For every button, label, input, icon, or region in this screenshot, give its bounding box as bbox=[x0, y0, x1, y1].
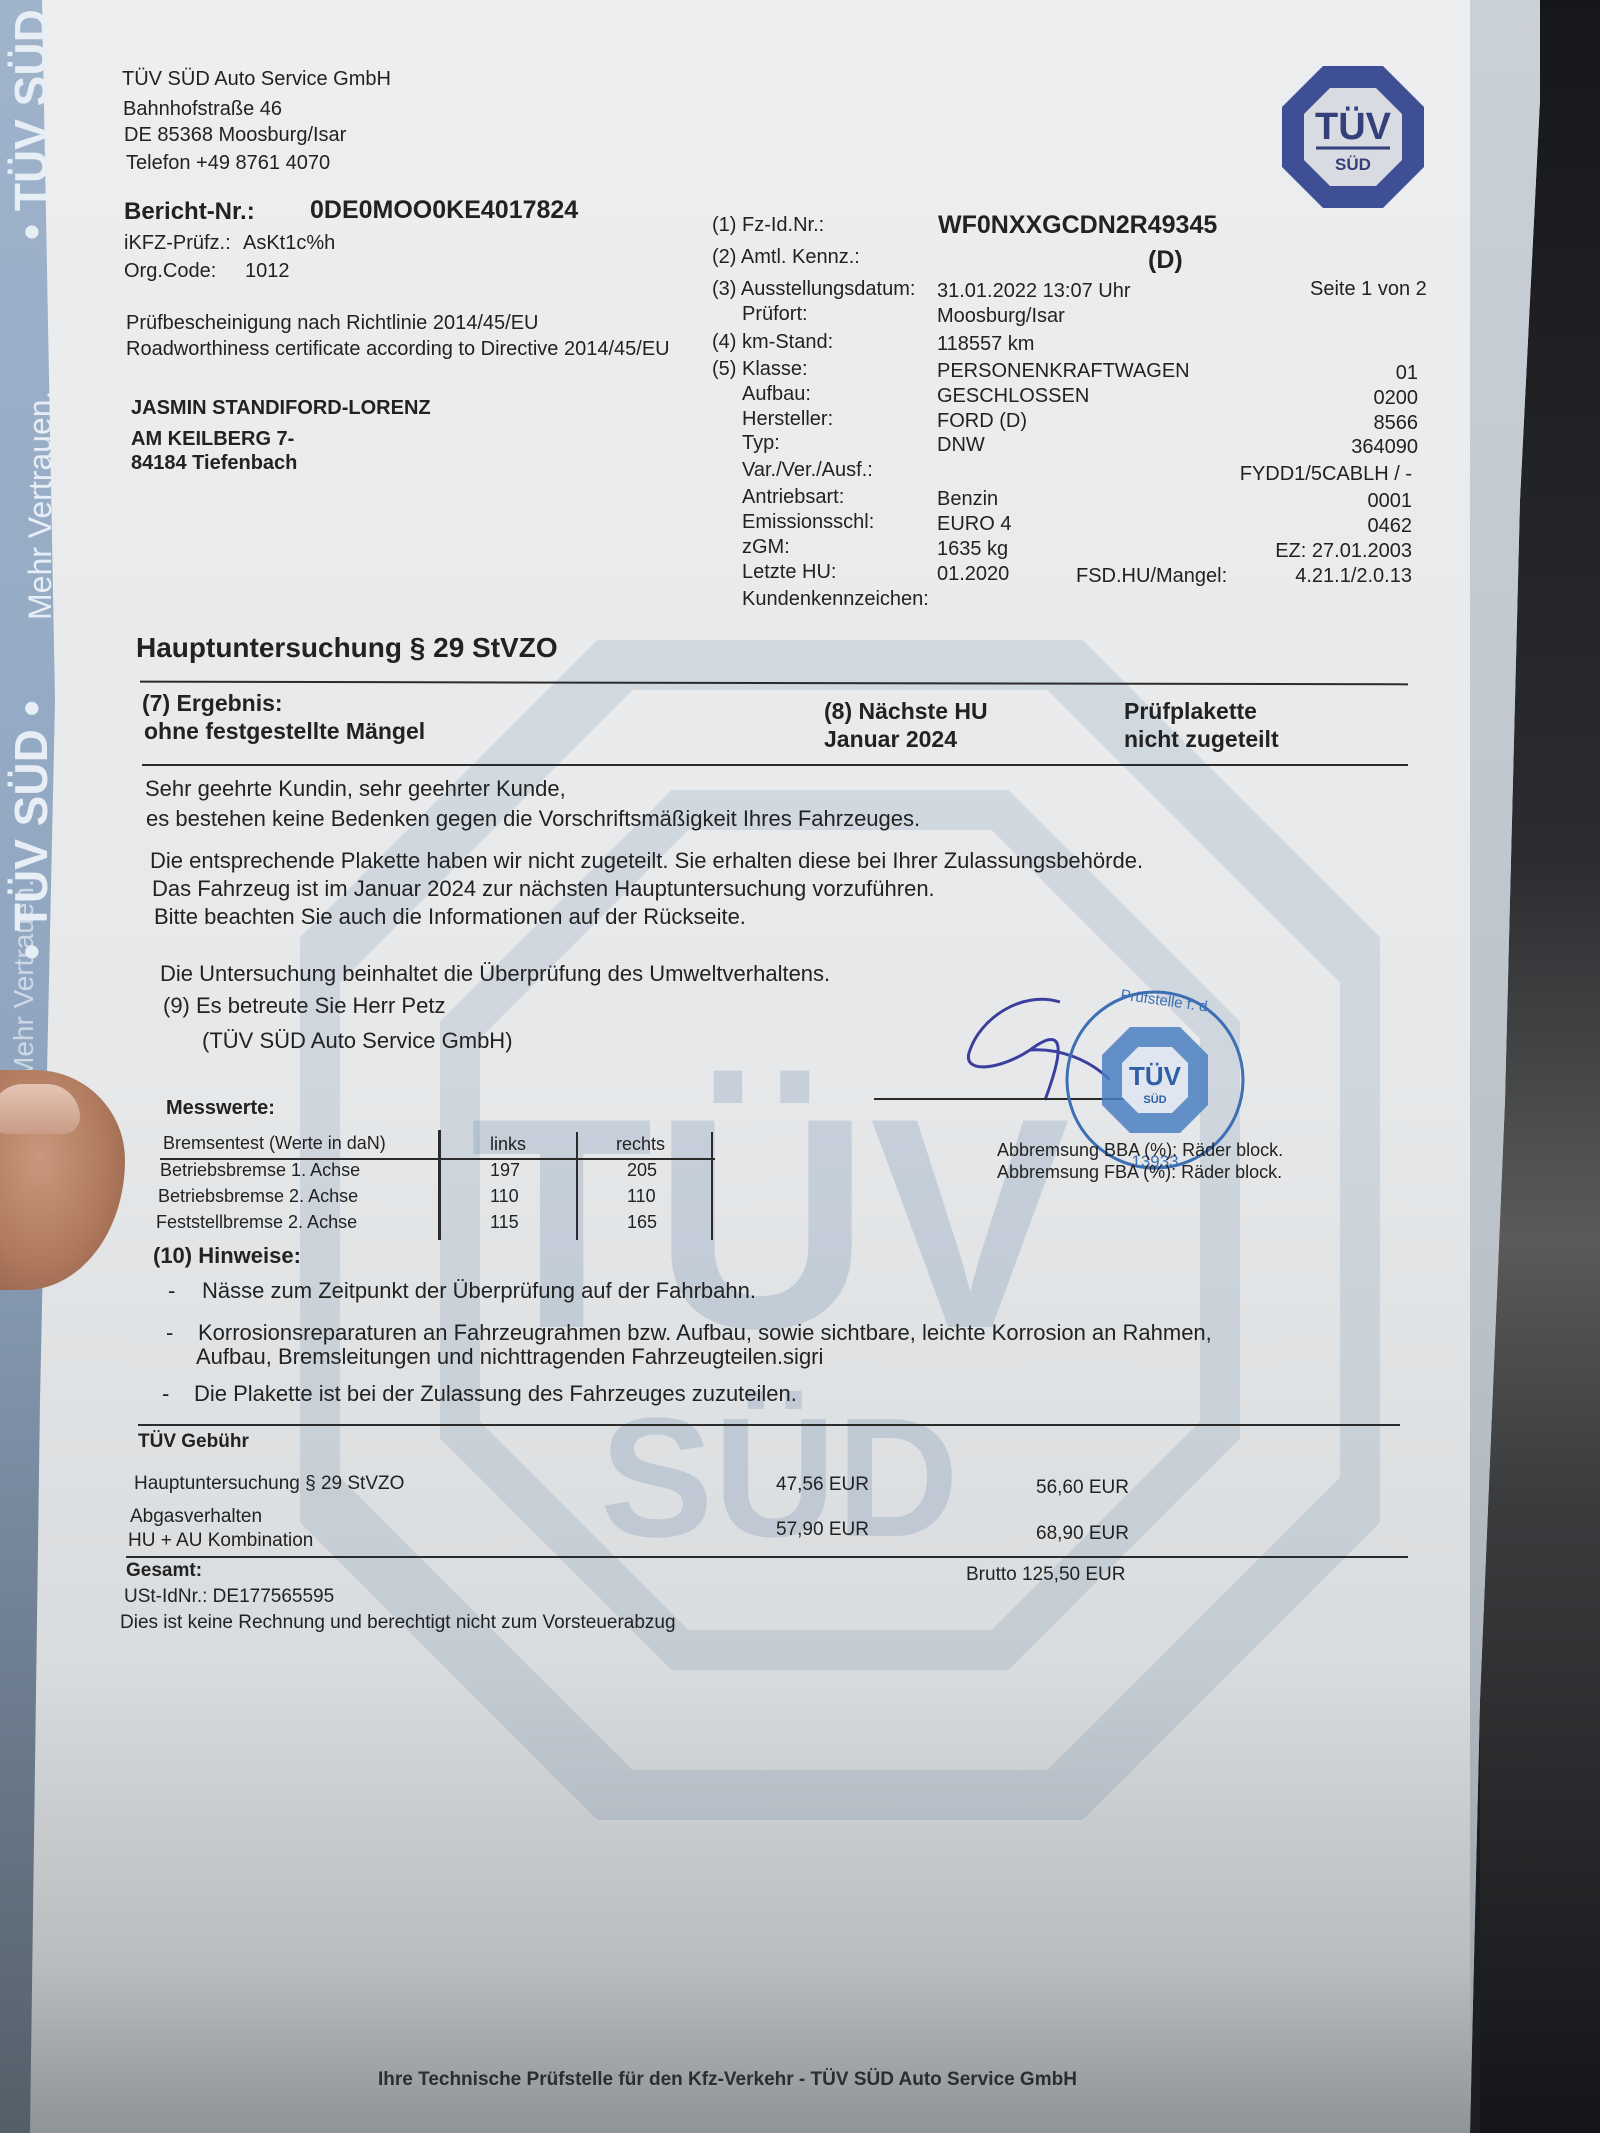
ikfz-label: iKFZ-Prüfz.: bbox=[124, 232, 231, 255]
vehicle-field-code: 4.21.1/2.0.13 bbox=[1295, 565, 1412, 588]
vin-label: (1) Fz-Id.Nr.: bbox=[712, 214, 824, 237]
tuv-sud-logo: TÜV SÜD bbox=[1278, 62, 1428, 212]
plate-value: (D) bbox=[1148, 246, 1183, 275]
notes-title: (10) Hinweise: bbox=[153, 1243, 301, 1269]
report-number-value: 0DE0MOO0KE4017824 bbox=[310, 196, 578, 225]
vehicle-field-value: Moosburg/Isar bbox=[937, 305, 1065, 328]
fba-result: Abbremsung FBA (%): Räder block. bbox=[997, 1162, 1282, 1183]
fee-label-2: HU + AU Kombination bbox=[128, 1530, 313, 1552]
vehicle-field-label: Kundenkennzeichen: bbox=[742, 588, 929, 611]
recipient-name: JASMIN STANDIFORD-LORENZ bbox=[131, 397, 431, 420]
issuer-company: TÜV SÜD Auto Service GmbH bbox=[122, 68, 391, 91]
letter-line-4: Bitte beachten Sie auch die Informatione… bbox=[154, 904, 746, 930]
side-band-text: • TÜV SÜD • Mehr Vertrauen. • TÜV SÜD • … bbox=[4, 0, 52, 1100]
issuer-street: Bahnhofstraße 46 bbox=[123, 98, 282, 121]
vehicle-field-code: 0200 bbox=[1374, 387, 1419, 410]
logo-sud-text: SÜD bbox=[1335, 155, 1371, 174]
brake-left-value: 115 bbox=[490, 1212, 519, 1233]
vehicle-field-value: EURO 4 bbox=[937, 513, 1011, 536]
sticker-value: nicht zugeteilt bbox=[1124, 726, 1279, 753]
table-column-rule bbox=[576, 1132, 578, 1240]
letter-environment: Die Untersuchung beinhaltet die Überprüf… bbox=[160, 961, 830, 987]
svg-text:SÜD: SÜD bbox=[1143, 1093, 1166, 1106]
vehicle-field-value: GESCHLOSSEN bbox=[937, 385, 1089, 408]
ikfz-value: AsKt1c%h bbox=[243, 232, 335, 255]
vehicle-field-label: Var./Ver./Ausf.: bbox=[742, 459, 873, 482]
measurements-title: Messwerte: bbox=[166, 1097, 275, 1120]
issuer-city: DE 85368 Moosburg/Isar bbox=[124, 124, 346, 147]
vehicle-field-value: DNW bbox=[937, 434, 985, 457]
fee-gross: 68,90 EUR bbox=[1036, 1523, 1129, 1545]
fee-gross: 56,60 EUR bbox=[1036, 1477, 1129, 1499]
result-value: ohne festgestellte Mängel bbox=[144, 718, 425, 745]
vehicle-field-value: FORD (D) bbox=[937, 410, 1027, 433]
note-item: Korrosionsreparaturen an Fahrzeugrahmen … bbox=[198, 1320, 1212, 1346]
inspector-company: (TÜV SÜD Auto Service GmbH) bbox=[202, 1028, 513, 1054]
next-hu-value: Januar 2024 bbox=[824, 726, 957, 753]
certificate-en: Roadworthiness certificate according to … bbox=[126, 338, 670, 361]
page-footer: Ihre Technische Prüfstelle für den Kfz-V… bbox=[378, 2069, 1077, 2091]
fee-net: 57,90 EUR bbox=[776, 1519, 869, 1541]
letter-line-2: Die entsprechende Plakette haben wir nic… bbox=[150, 848, 1143, 874]
issuer-phone: Telefon +49 8761 4070 bbox=[126, 152, 330, 175]
inspector-name: (9) Es betreute Sie Herr Petz bbox=[163, 993, 445, 1019]
brake-right-value: 205 bbox=[627, 1160, 657, 1181]
org-code-value: 1012 bbox=[245, 260, 290, 283]
report-number-label: Bericht-Nr.: bbox=[124, 198, 255, 226]
vehicle-field-label: Aufbau: bbox=[742, 383, 811, 406]
org-code-label: Org.Code: bbox=[124, 260, 216, 283]
vehicle-field-value: PERSONENKRAFTWAGEN bbox=[937, 360, 1190, 383]
fee-net: 47,56 EUR bbox=[776, 1474, 869, 1496]
logo-tuv-text: TÜV bbox=[1315, 105, 1392, 148]
brake-left-value: 197 bbox=[490, 1160, 520, 1181]
note-item: Die Plakette ist bei der Zulassung des F… bbox=[194, 1381, 797, 1407]
brake-right-value: 110 bbox=[627, 1186, 656, 1207]
svg-text:Prüfstelle f. d.: Prüfstelle f. d. bbox=[1119, 986, 1212, 1016]
recipient-city: 84184 Tiefenbach bbox=[131, 452, 297, 475]
divider bbox=[126, 1556, 1408, 1558]
brake-table-header-label: Bremsentest (Werte in daN) bbox=[163, 1133, 386, 1154]
result-label: (7) Ergebnis: bbox=[142, 690, 283, 717]
table-column-rule bbox=[438, 1130, 441, 1240]
fees-disclaimer: Dies ist keine Rechnung und berechtigt n… bbox=[120, 1612, 676, 1634]
vehicle-field-label: Typ: bbox=[742, 432, 780, 455]
vat-id: USt-IdNr.: DE177565595 bbox=[124, 1586, 334, 1608]
fees-title: TÜV Gebühr bbox=[138, 1431, 249, 1453]
note-bullet: - bbox=[162, 1381, 169, 1407]
note-item: Nässe zum Zeitpunkt der Überprüfung auf … bbox=[202, 1278, 756, 1304]
vehicle-field-code: 8566 bbox=[1374, 412, 1419, 435]
brake-table-header-left: links bbox=[490, 1134, 526, 1155]
brake-right-value: 165 bbox=[627, 1212, 657, 1233]
vehicle-field-label: Hersteller: bbox=[742, 408, 833, 431]
vehicle-field-value: 118557 km bbox=[937, 333, 1034, 356]
vehicle-field-value: 31.01.2022 13:07 Uhr bbox=[937, 280, 1131, 303]
vehicle-field-value: 1635 kg bbox=[937, 538, 1008, 561]
svg-text:TÜV: TÜV bbox=[1129, 1061, 1182, 1091]
total-value: Brutto 125,50 EUR bbox=[966, 1564, 1125, 1586]
total-label: Gesamt: bbox=[126, 1560, 202, 1582]
bba-result: Abbremsung BBA (%): Räder block. bbox=[997, 1140, 1283, 1161]
fee-label: Hauptuntersuchung § 29 StVZO bbox=[134, 1473, 404, 1495]
vehicle-field-label: zGM: bbox=[742, 536, 790, 559]
brake-left-value: 110 bbox=[490, 1186, 519, 1207]
vehicle-field-label: Antriebsart: bbox=[742, 486, 844, 509]
letter-line-1: es bestehen keine Bedenken gegen die Vor… bbox=[146, 806, 920, 832]
fee-label: Abgasverhalten bbox=[130, 1506, 262, 1528]
fsd-label: FSD.HU/Mangel: bbox=[1076, 565, 1227, 588]
vehicle-field-label: Letzte HU: bbox=[742, 561, 836, 584]
letter-greeting: Sehr geehrte Kundin, sehr geehrter Kunde… bbox=[145, 776, 566, 802]
vehicle-field-code: 01 bbox=[1396, 362, 1418, 385]
brake-table-header-right: rechts bbox=[616, 1134, 665, 1155]
vehicle-field-value: 01.2020 bbox=[937, 563, 1009, 586]
page-indicator: Seite 1 von 2 bbox=[1310, 278, 1427, 301]
note-bullet: - bbox=[168, 1278, 175, 1304]
side-band-slogan-2: Mehr Vertrauen. bbox=[8, 879, 40, 1080]
vehicle-field-code: 0001 bbox=[1368, 490, 1413, 513]
divider bbox=[142, 764, 1408, 766]
certificate-de: Prüfbescheinigung nach Richtlinie 2014/4… bbox=[126, 312, 539, 335]
brake-row-label: Feststellbremse 2. Achse bbox=[156, 1212, 357, 1233]
divider bbox=[138, 1424, 1400, 1426]
vin-value: WF0NXXGCDN2R49345 bbox=[938, 211, 1217, 240]
vehicle-field-code: EZ: 27.01.2003 bbox=[1275, 540, 1412, 563]
sticker-label: Prüfplakette bbox=[1124, 698, 1257, 725]
vehicle-field-code: 0462 bbox=[1368, 515, 1413, 538]
brake-row-label: Betriebsbremse 1. Achse bbox=[160, 1160, 360, 1181]
recipient-street: AM KEILBERG 7- bbox=[131, 428, 294, 451]
fingernail bbox=[0, 1084, 80, 1134]
side-band-slogan-1: Mehr Vertrauen. bbox=[22, 391, 59, 620]
plate-label: (2) Amtl. Kennz.: bbox=[712, 246, 860, 269]
table-column-rule bbox=[711, 1132, 713, 1240]
vehicle-field-label: Emissionsschl: bbox=[742, 511, 874, 534]
vehicle-field-label: (5) Klasse: bbox=[712, 358, 808, 381]
vehicle-field-code: 364090 bbox=[1351, 436, 1418, 459]
vehicle-field-value: Benzin bbox=[937, 488, 998, 511]
letter-line-3: Das Fahrzeug ist im Januar 2024 zur näch… bbox=[152, 876, 935, 902]
vehicle-field-label: (3) Ausstellungsdatum: bbox=[712, 278, 915, 301]
next-hu-label: (8) Nächste HU bbox=[824, 698, 988, 725]
inspection-title: Hauptuntersuchung § 29 StVZO bbox=[136, 632, 558, 664]
note-bullet: - bbox=[166, 1320, 173, 1346]
brake-row-label: Betriebsbremse 2. Achse bbox=[158, 1186, 358, 1207]
vehicle-field-label: (4) km-Stand: bbox=[712, 331, 833, 354]
vehicle-field-label: Prüfort: bbox=[742, 303, 808, 326]
side-band-brand-1: • TÜV SÜD • bbox=[4, 0, 58, 240]
vehicle-field-code: FYDD1/5CABLH / - bbox=[1240, 463, 1412, 486]
note-item-continued: Aufbau, Bremsleitungen und nichttragende… bbox=[196, 1344, 823, 1370]
